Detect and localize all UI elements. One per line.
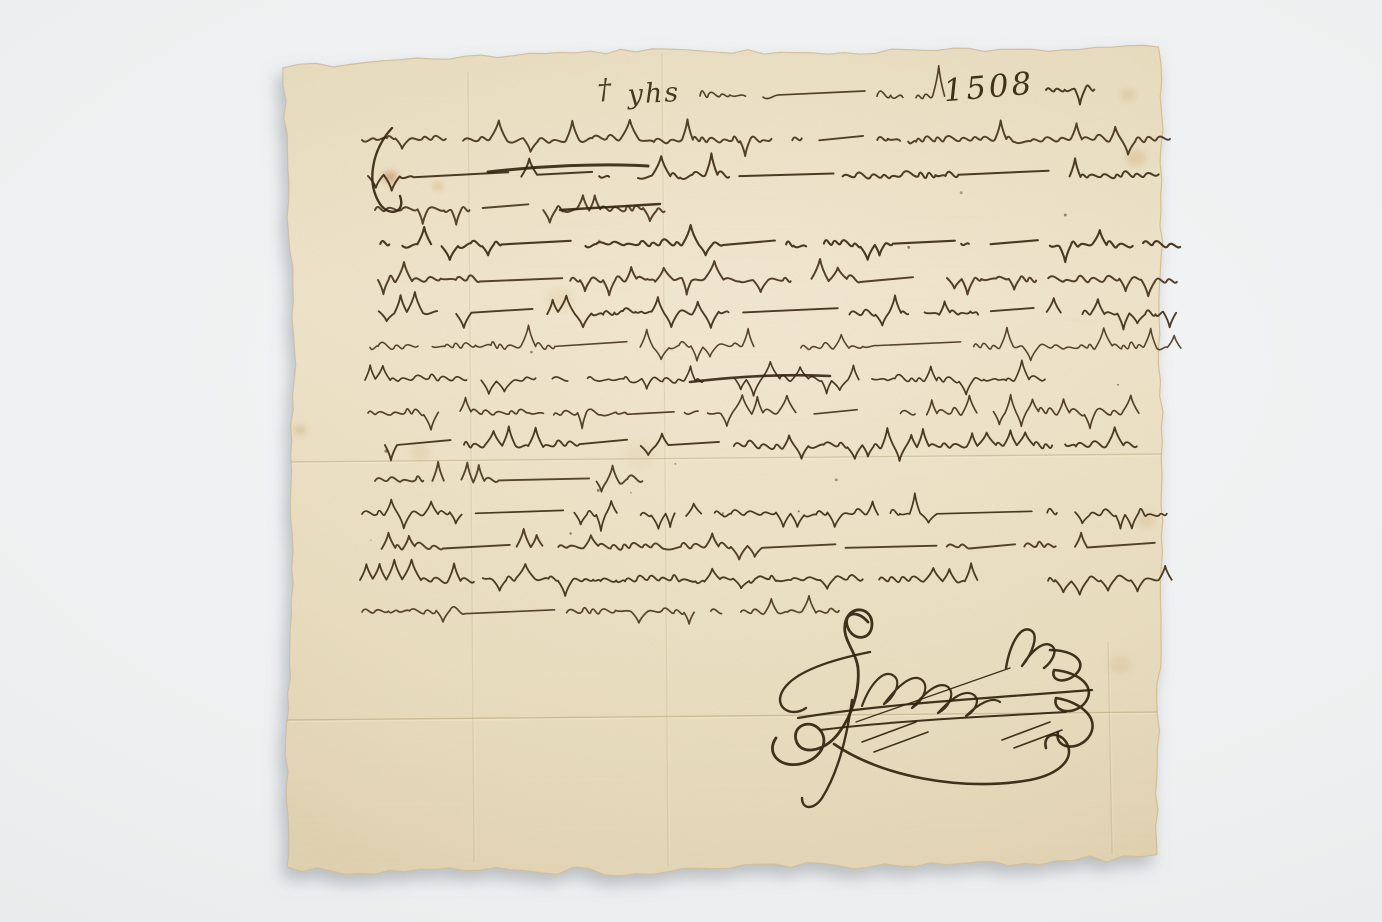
paper-stain [294,425,306,435]
paper-stain [410,444,430,460]
ink-speck [960,191,963,194]
ink-speck [530,351,533,354]
paper-stain [1120,89,1136,102]
ink-speck [907,246,910,249]
paper-stain [1108,655,1132,674]
header-monogram-text: yhs [626,77,681,111]
ink-speck [674,463,676,465]
ink-speck [1064,214,1067,217]
ink-speck [835,478,838,481]
ink-speck [370,539,371,540]
ink-speck [569,532,571,534]
ink-speck [597,489,600,492]
photo-backdrop: † yhs 1508 [0,0,1382,922]
ink-speck [630,492,632,494]
ink-speck [722,512,724,514]
paper-stain [433,182,443,190]
ink-speck [798,510,800,512]
ink-speck [1117,384,1119,386]
manuscript-photo: † yhs 1508 [0,0,1382,922]
